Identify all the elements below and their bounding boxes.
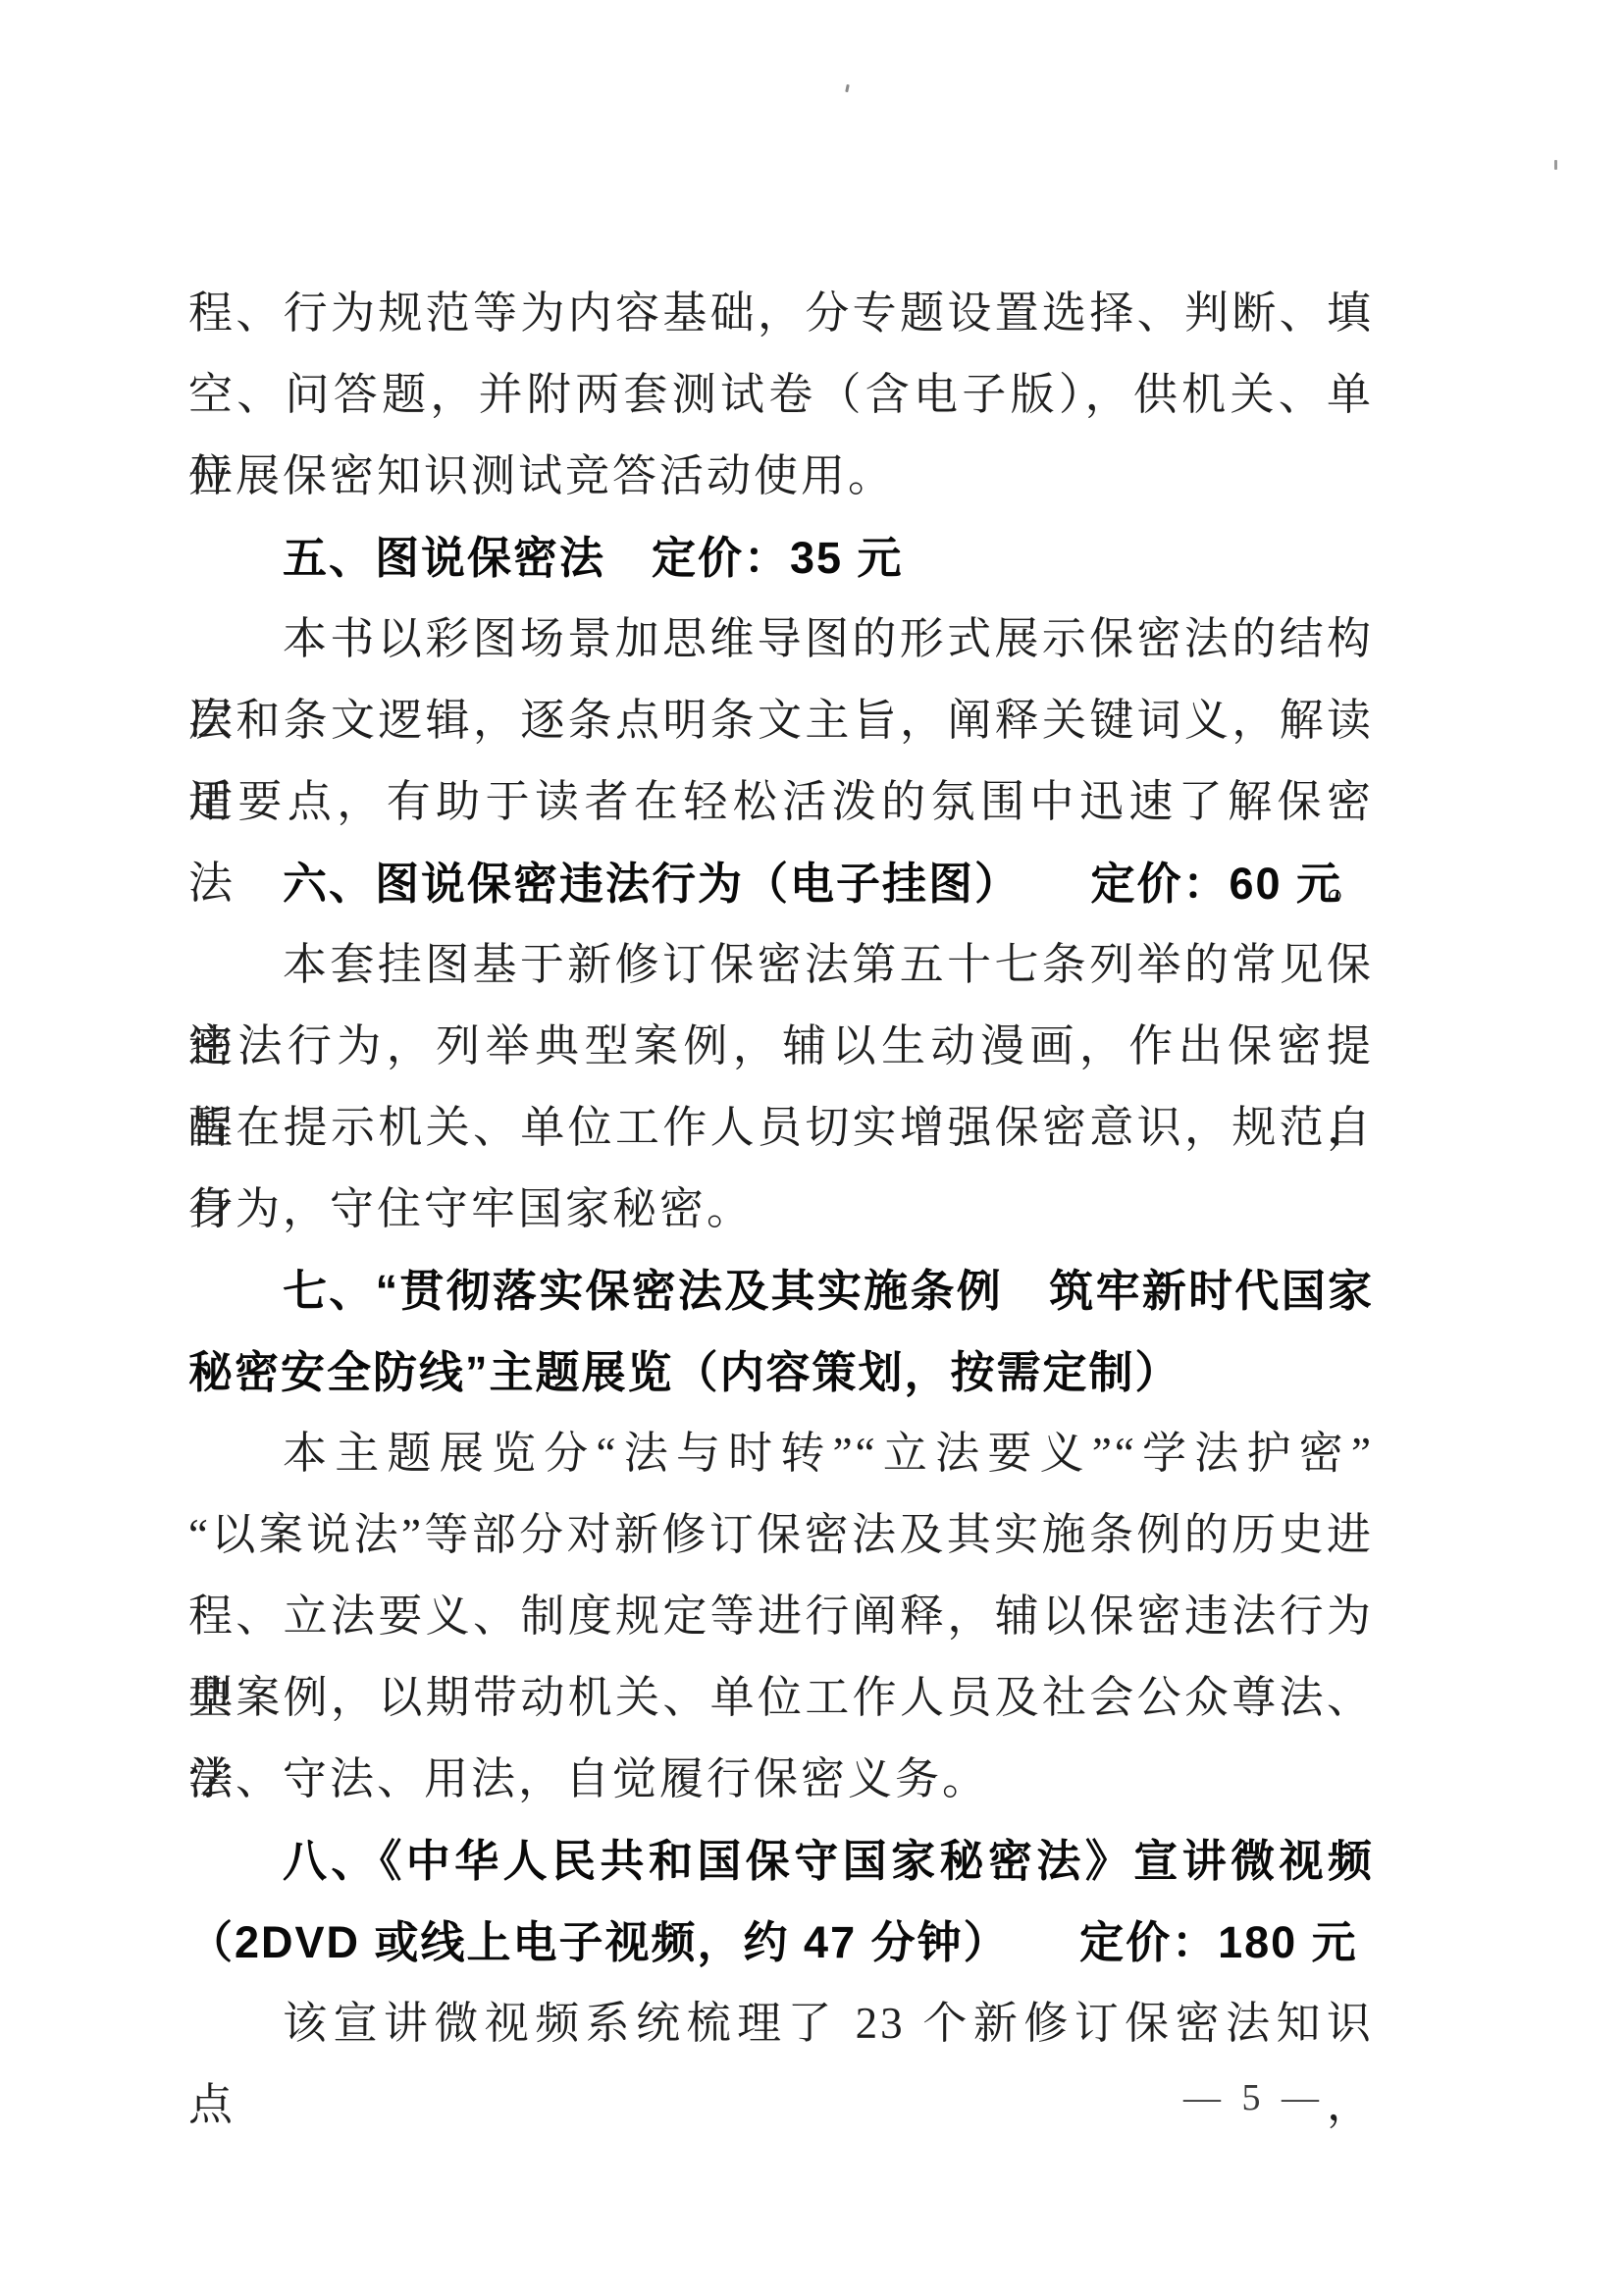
- body-line: “以案说法”等部分对新修订保密法及其实施条例的历史进: [188, 1494, 1374, 1576]
- body-line: 次和条文逻辑，逐条点明条文主旨，阐释关键词义，解读适: [188, 680, 1374, 761]
- section-8-heading-line-1: 八、《中华人民共和国保守国家秘密法》宣讲微视频: [188, 1820, 1374, 1902]
- scan-speck: [1554, 160, 1557, 170]
- body-line: 本套挂图基于新修订保密法第五十七条列举的常见保密: [188, 924, 1374, 1006]
- body-line: 用要点，有助于读者在轻松活泼的氛围中迅速了解保密法。: [188, 761, 1374, 843]
- body-line: 该宣讲微视频系统梳理了 23 个新修订保密法知识点，: [188, 1983, 1374, 2064]
- section-5-heading: 五、图说保密法 定价：35 元: [188, 517, 1374, 599]
- body-line: 行为，守住守牢国家秘密。: [188, 1169, 1374, 1250]
- body-line: 程、立法要义、制度规定等进行阐释，辅以保密违法行为典: [188, 1576, 1374, 1657]
- section-8-heading-line-2: （2DVD 或线上电子视频，约 47 分钟） 定价：180 元: [188, 1902, 1374, 1983]
- body-line: 违法行为，列举典型案例，辅以生动漫画，作出保密提醒，: [188, 1006, 1374, 1087]
- body-line: 法、守法、用法，自觉履行保密义务。: [188, 1739, 1374, 1820]
- section-6-heading: 六、图说保密违法行为（电子挂图） 定价：60 元: [188, 843, 1374, 924]
- scan-speck: [845, 84, 850, 92]
- section-7-heading-line-1: 七、“贯彻落实保密法及其实施条例 筑牢新时代国家: [188, 1250, 1374, 1331]
- document-text: 程、行为规范等为内容基础，分专题设置选择、判断、填 空、问答题，并附两套测试卷（…: [188, 273, 1374, 2064]
- document-page: 程、行为规范等为内容基础，分专题设置选择、判断、填 空、问答题，并附两套测试卷（…: [0, 0, 1624, 2296]
- body-line: 旨在提示机关、单位工作人员切实增强保密意识，规范自身: [188, 1087, 1374, 1169]
- body-line: 开展保密知识测试竞答活动使用。: [188, 436, 1374, 517]
- section-7-heading-line-2: 秘密安全防线”主题展览（内容策划，按需定制）: [188, 1331, 1374, 1413]
- page-number: — 5 —: [1178, 2068, 1325, 2127]
- body-line: 型案例，以期带动机关、单位工作人员及社会公众尊法、学: [188, 1657, 1374, 1739]
- body-line: 程、行为规范等为内容基础，分专题设置选择、判断、填: [188, 273, 1374, 354]
- body-line: 空、问答题，并附两套测试卷（含电子版），供机关、单位: [188, 354, 1374, 436]
- body-line: 本主题展览分“法与时转”“立法要义”“学法护密”: [188, 1413, 1374, 1494]
- body-line: 本书以彩图场景加思维导图的形式展示保密法的结构层: [188, 599, 1374, 680]
